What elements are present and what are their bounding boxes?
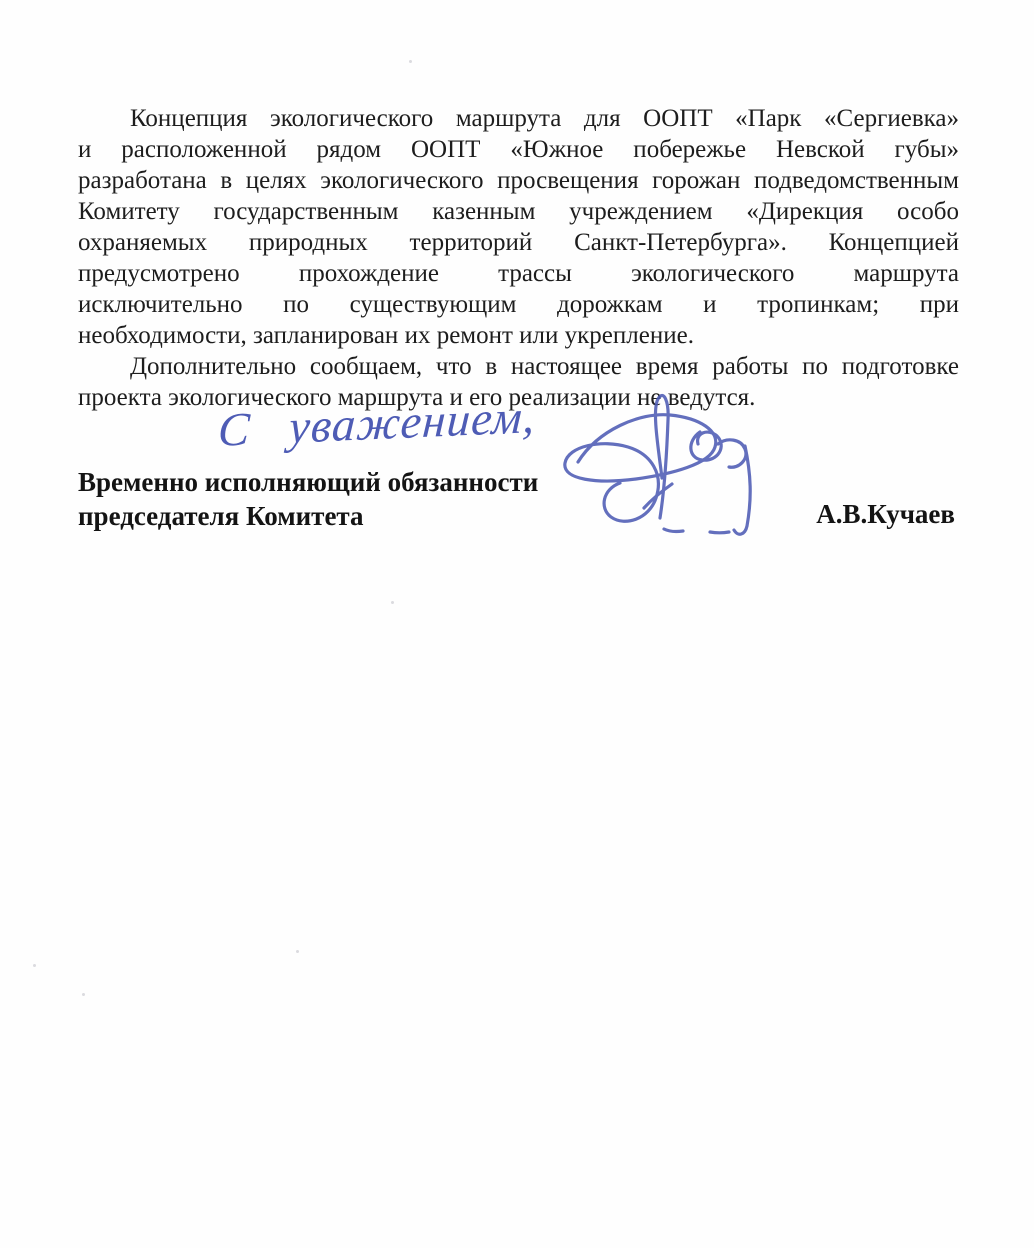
text-line: предусмотрено прохождение трассы экологи… xyxy=(78,258,959,289)
scan-artifact-dot xyxy=(33,964,36,967)
signer-title-line: Временно исполняющий обязанности xyxy=(78,465,638,499)
paragraph-concept: Концепция экологического маршрута для ОО… xyxy=(78,103,959,351)
scan-artifact-dot xyxy=(409,60,412,63)
signer-name: А.В.Кучаев xyxy=(816,499,955,530)
scan-artifact-dot xyxy=(391,601,394,604)
scan-artifact-dot xyxy=(296,950,299,953)
text-line: и расположенной рядом ООПТ «Южное побере… xyxy=(78,134,959,165)
scanned-letter-page: Концепция экологического маршрута для ОО… xyxy=(0,0,1034,1248)
text-line: Дополнительно сообщаем, что в настоящее … xyxy=(78,351,959,382)
text-line: Концепция экологического маршрута для ОО… xyxy=(78,103,959,134)
scan-artifact-dot xyxy=(82,993,85,996)
letter-body: Концепция экологического маршрута для ОО… xyxy=(78,103,959,413)
text-line: Комитету государственным казенным учрежд… xyxy=(78,196,959,227)
text-line: исключительно по существующим дорожкам и… xyxy=(78,289,959,320)
text-line: разработана в целях экологического просв… xyxy=(78,165,959,196)
text-line: охраняемых природных территорий Санкт-Пе… xyxy=(78,227,959,258)
signer-title-line: председателя Комитета xyxy=(78,499,638,533)
signer-title: Временно исполняющий обязанности председ… xyxy=(78,465,638,533)
text-line: необходимости, запланирован их ремонт ил… xyxy=(78,320,959,351)
